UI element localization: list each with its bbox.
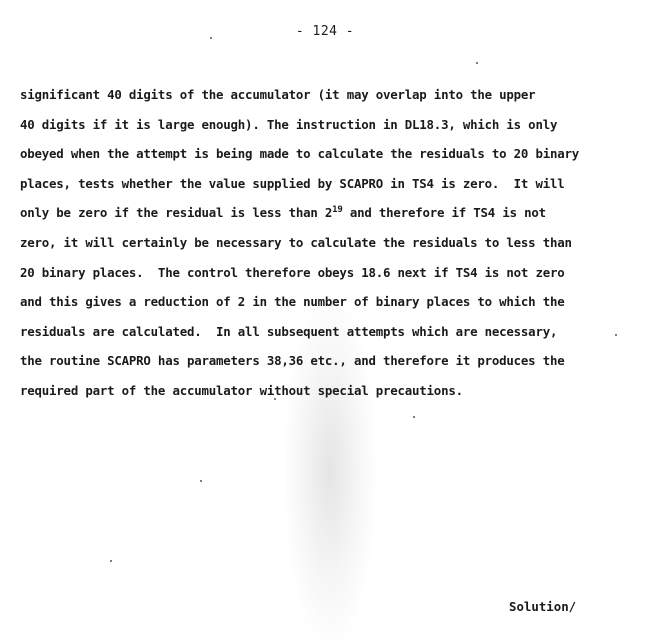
text-line: only be zero if the residual is less tha… [20,198,640,228]
scan-speck [413,416,415,418]
text-line: places, tests whether the value supplied… [20,169,640,199]
text-line: and this gives a reduction of 2 in the n… [20,287,640,317]
catchword: Solution/ [509,599,576,614]
exponent: 19 [332,205,342,215]
text-line: 20 binary places. The control therefore … [20,258,640,288]
scan-speck [274,398,276,400]
page-number: - 124 - [0,24,650,39]
text-line: zero, it will certainly be necessary to … [20,228,640,258]
text-line: obeyed when the attempt is being made to… [20,139,640,169]
scan-speck [476,62,478,64]
text-fragment: and therefore if TS4 is not [343,205,546,220]
scan-speck [200,480,202,482]
text-line: required part of the accumulator without… [20,376,640,406]
scan-speck [615,334,617,336]
scan-speck [210,37,212,39]
text-line: residuals are calculated. In all subsequ… [20,317,640,347]
document-page: - 124 - significant 40 digits of the acc… [0,0,650,642]
scan-speck [110,560,112,562]
text-line: 40 digits if it is large enough). The in… [20,110,640,140]
text-fragment: only be zero if the residual is less tha… [20,205,332,220]
body-paragraph: significant 40 digits of the accumulator… [20,80,640,406]
text-line: the routine SCAPRO has parameters 38,36 … [20,346,640,376]
text-line: significant 40 digits of the accumulator… [20,80,640,110]
